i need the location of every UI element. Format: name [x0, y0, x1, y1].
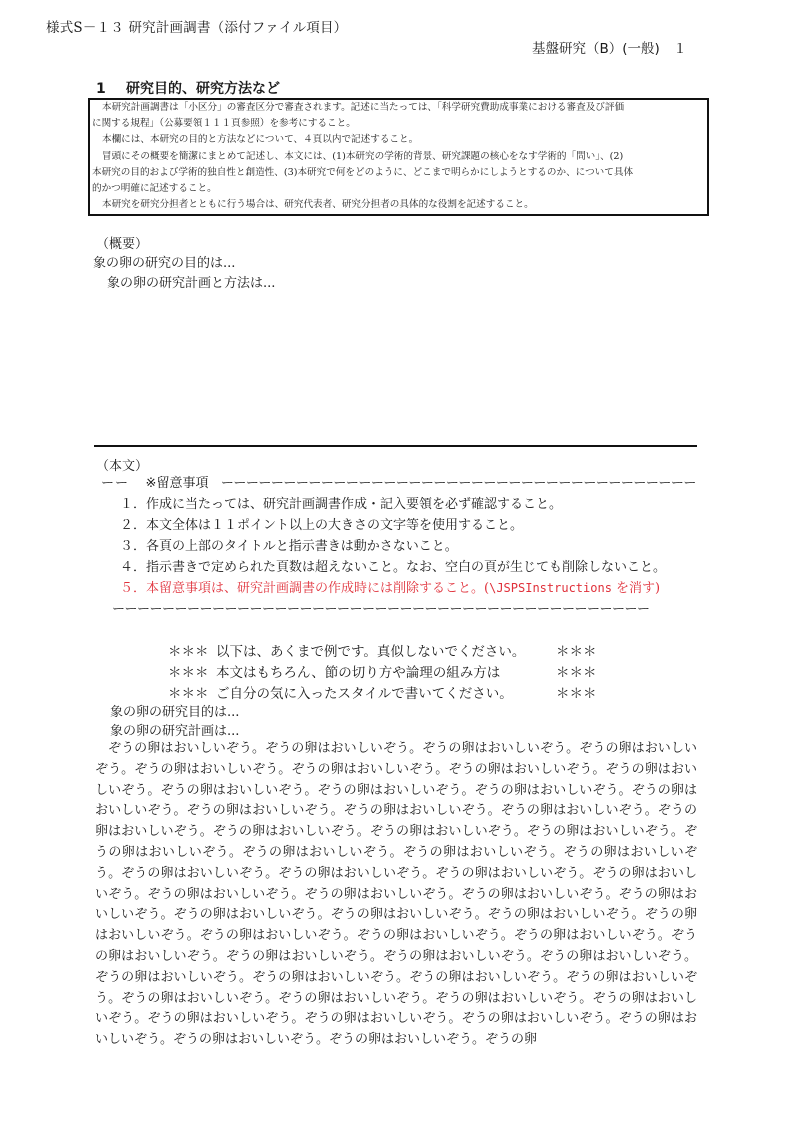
stars-left: ＊＊＊ — [168, 661, 216, 681]
body-plan-line: 象の卵の研究計画は... — [110, 720, 239, 739]
note-item: ３．各頁の上部のタイトルと指示書きは動かさないこと。 — [120, 535, 458, 554]
note-text: 指示書きで定められた頁数は超えないこと。なお、空白の頁が生じても削除しないこと。 — [146, 560, 666, 575]
notes-header-dash: ーー — [101, 476, 129, 491]
section-divider — [94, 445, 697, 447]
note-text: 本留意事項は、研究計画調書の作成時には削除すること。( — [146, 581, 489, 596]
body-purpose-line: 象の卵の研究目的は... — [110, 701, 239, 720]
instruction-line: に関する規程」（公募要領１１１頁参照）を参考にすること。 — [92, 116, 705, 132]
note-item: ４．指示書きで定められた頁数は超えないこと。なお、空白の頁が生じても削除しないこ… — [120, 556, 666, 575]
note-number: ４． — [120, 560, 146, 575]
instruction-line: 的かつ明確に記述すること。 — [92, 181, 705, 197]
note-number: １． — [120, 497, 146, 512]
note-item-warning: ５．本留意事項は、研究計画調書の作成時には削除すること。(\JSPSInstru… — [120, 577, 660, 596]
banner-message: 以下は、あくまで例です。真似しないでください。 — [216, 640, 556, 660]
notes-header-title: ※留意事項 — [146, 476, 209, 491]
stars-left: ＊＊＊ — [168, 640, 216, 660]
summary-label: （概要） — [96, 233, 148, 252]
section-title-text: 研究目的、研究方法など — [126, 81, 280, 97]
body-paragraph: ぞうの卵はおいしいぞう。ぞうの卵はおいしいぞう。ぞうの卵はおいしいぞう。ぞうの卵… — [95, 739, 697, 1051]
note-text-after: を消す) — [612, 581, 660, 596]
note-item: １．作成に当たっては、研究計画調書作成・記入要領を必ず確認すること。 — [120, 493, 562, 512]
instructions-box: 本研究計画調書は「小区分」の審査区分で審査されます。記述に当たっては、「科学研究… — [88, 98, 709, 216]
instruction-line: 本研究計画調書は「小区分」の審査区分で審査されます。記述に当たっては、「科学研究… — [92, 100, 705, 116]
note-code: \JSPSInstructions — [489, 581, 612, 595]
notes-header-dash: ーーーーーーーーーーーーーーーーーーーーーーーーーーーーーーーーーーーーーー — [221, 476, 696, 491]
example-banner-line: ＊＊＊ご自分の気に入ったスタイルで書いてください。＊＊＊ — [168, 682, 597, 702]
note-number: ５． — [120, 581, 146, 596]
instruction-line: 本欄には、本研究の目的と方法などについて、４頁以内で記述すること。 — [92, 132, 705, 148]
notes-footer-dashes: ーーーーーーーーーーーーーーーーーーーーーーーーーーーーーーーーーーーーーーーー… — [112, 598, 650, 617]
note-number: ２． — [120, 518, 146, 533]
banner-message: ご自分の気に入ったスタイルで書いてください。 — [216, 682, 556, 702]
instruction-line: 本研究の目的および学術的独自性と創造性、(3)本研究で何をどのように、どこまで明… — [92, 165, 705, 181]
instruction-line: 冒頭にその概要を簡潔にまとめて記述し、本文には、(1)本研究の学術的背景、研究課… — [92, 149, 705, 165]
note-item: ２．本文全体は１１ポイント以上の大きさの文字等を使用すること。 — [120, 514, 523, 533]
instruction-line: 本研究を研究分担者とともに行う場合は、研究代表者、研究分担者の具体的な役割を記述… — [92, 197, 705, 213]
note-number: ３． — [120, 539, 146, 554]
section-number: 1 — [96, 81, 126, 97]
notes-header: ーー ※留意事項 ーーーーーーーーーーーーーーーーーーーーーーーーーーーーーーー… — [101, 472, 696, 491]
stars-right: ＊＊＊ — [556, 665, 597, 681]
example-banner-line: ＊＊＊本文はもちろん、節の切り方や論理の組み方は＊＊＊ — [168, 661, 597, 681]
section-title: 1研究目的、研究方法など — [96, 78, 280, 98]
example-banner-line: ＊＊＊以下は、あくまで例です。真似しないでください。＊＊＊ — [168, 640, 597, 660]
banner-message: 本文はもちろん、節の切り方や論理の組み方は — [216, 661, 556, 681]
note-text: 各頁の上部のタイトルと指示書きは動かさないこと。 — [146, 539, 458, 554]
note-text: 本文全体は１１ポイント以上の大きさの文字等を使用すること。 — [146, 518, 523, 533]
form-id-header: 様式S－１３ 研究計画調書（添付ファイル項目） — [46, 16, 347, 36]
summary-plan-line: 象の卵の研究計画と方法は... — [107, 272, 275, 291]
summary-purpose-line: 象の卵の研究の目的は... — [93, 252, 235, 271]
grant-category: 基盤研究（B）(一般) １ — [532, 37, 687, 57]
stars-right: ＊＊＊ — [556, 686, 597, 702]
stars-left: ＊＊＊ — [168, 682, 216, 702]
stars-right: ＊＊＊ — [556, 644, 597, 660]
note-text: 作成に当たっては、研究計画調書作成・記入要領を必ず確認すること。 — [146, 497, 562, 512]
